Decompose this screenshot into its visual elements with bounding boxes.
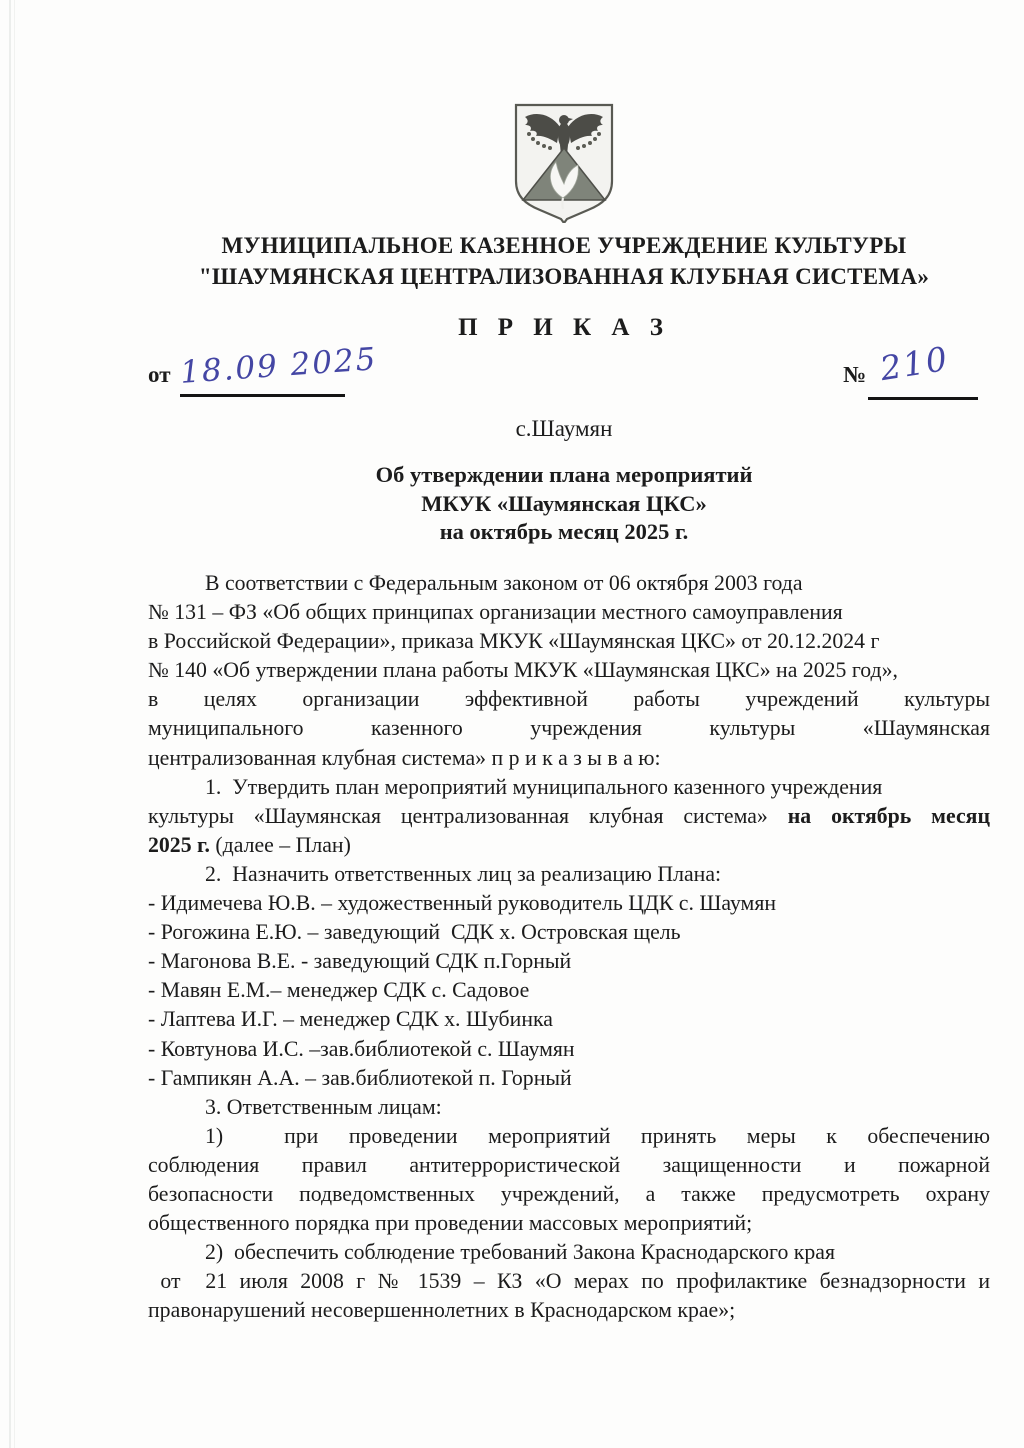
- body-line-bold-text: 2025 г.: [148, 833, 210, 857]
- coat-of-arms-icon: [509, 101, 619, 223]
- org-name-line2: "ШАУМЯНСКАЯ ЦЕНТРАЛИЗОВАННАЯ КЛУБНАЯ СИС…: [64, 262, 1024, 293]
- body-line: - Рогожина Е.Ю. – заведующий СДК х. Остр…: [148, 918, 990, 947]
- scan-artifact-line: [14, 0, 15, 1448]
- body-line: - Мавян Е.М.– менеджер СДК с. Садовое: [148, 976, 990, 1005]
- body-line: соблюдения правил антитеррористической з…: [148, 1151, 990, 1180]
- body-line: - Ковтунова И.С. –зав.библиотекой с. Шау…: [148, 1035, 990, 1064]
- org-name: МУНИЦИПАЛЬНОЕ КАЗЕННОЕ УЧРЕЖДЕНИЕ КУЛЬТУ…: [64, 231, 1024, 292]
- number-underline: [868, 397, 978, 400]
- body-line: 2025 г. (далее – План): [148, 831, 990, 860]
- place-line: с.Шаумян: [64, 416, 1024, 442]
- body-line: 3. Ответственным лицам:: [148, 1093, 990, 1122]
- body-line: В соответствии с Федеральным законом от …: [148, 569, 990, 598]
- body-line: - Идимечева Ю.В. – художественный руково…: [148, 889, 990, 918]
- number-label: №: [843, 362, 866, 388]
- body-line: от 21 июля 2008 г № 1539 – КЗ «О мерах п…: [148, 1267, 990, 1296]
- body-line: 2. Назначить ответственных лиц за реализ…: [148, 860, 990, 889]
- date-underline: [180, 394, 345, 397]
- scanned-document-page: МУНИЦИПАЛЬНОЕ КАЗЕННОЕ УЧРЕЖДЕНИЕ КУЛЬТУ…: [0, 0, 1024, 1448]
- body-line-bold-text: на октябрь месяц: [788, 804, 990, 828]
- document-body: В соответствии с Федеральным законом от …: [148, 569, 990, 1325]
- body-line: - Лаптева И.Г. – менеджер СДК х. Шубинка: [148, 1005, 990, 1034]
- subject-line3: на октябрь месяц 2025 г.: [64, 518, 1024, 547]
- scan-artifact-line: [9, 0, 11, 1448]
- body-line: 1) при проведении мероприятий принять ме…: [148, 1122, 990, 1151]
- body-line: культуры «Шаумянская централизованная кл…: [148, 802, 990, 831]
- body-line: централизованная клубная система» п р и …: [148, 744, 990, 773]
- body-line: 2) обеспечить соблюдение требований Зако…: [148, 1238, 990, 1267]
- body-line: № 131 – ФЗ «Об общих принципах организац…: [148, 598, 990, 627]
- org-name-line1: МУНИЦИПАЛЬНОЕ КАЗЕННОЕ УЧРЕЖДЕНИЕ КУЛЬТУ…: [64, 231, 1024, 262]
- body-line: муниципального казенного учреждения куль…: [148, 714, 990, 743]
- subject-title: Об утверждении плана мероприятий МКУК «Ш…: [64, 461, 1024, 547]
- body-line: общественного порядка при проведении мас…: [148, 1209, 990, 1238]
- body-line: безопасности подведомственных учреждений…: [148, 1180, 990, 1209]
- date-label: от: [148, 362, 171, 388]
- date-handwritten: 18.09 2025: [179, 341, 379, 391]
- body-line: в Российской Федерации», приказа МКУК «Ш…: [148, 627, 990, 656]
- subject-line1: Об утверждении плана мероприятий: [64, 461, 1024, 490]
- subject-line2: МКУК «Шаумянская ЦКС»: [64, 490, 1024, 519]
- body-line: - Магонова В.Е. - заведующий СДК п.Горны…: [148, 947, 990, 976]
- body-line: 1. Утвердить план мероприятий муниципаль…: [148, 773, 990, 802]
- body-line: правонарушений несовершеннолетних в Крас…: [148, 1296, 990, 1325]
- body-line-text: (далее – План): [210, 833, 351, 857]
- doc-type-title: П Р И К А З: [64, 314, 1024, 342]
- body-line-text: культуры «Шаумянская централизованная кл…: [148, 804, 788, 828]
- body-line: в целях организации эффективной работы у…: [148, 685, 990, 714]
- number-handwritten: 210: [877, 339, 951, 388]
- body-line: № 140 «Об утверждении плана работы МКУК …: [148, 656, 990, 685]
- body-line: - Гампикян А.А. – зав.библиотекой п. Гор…: [148, 1064, 990, 1093]
